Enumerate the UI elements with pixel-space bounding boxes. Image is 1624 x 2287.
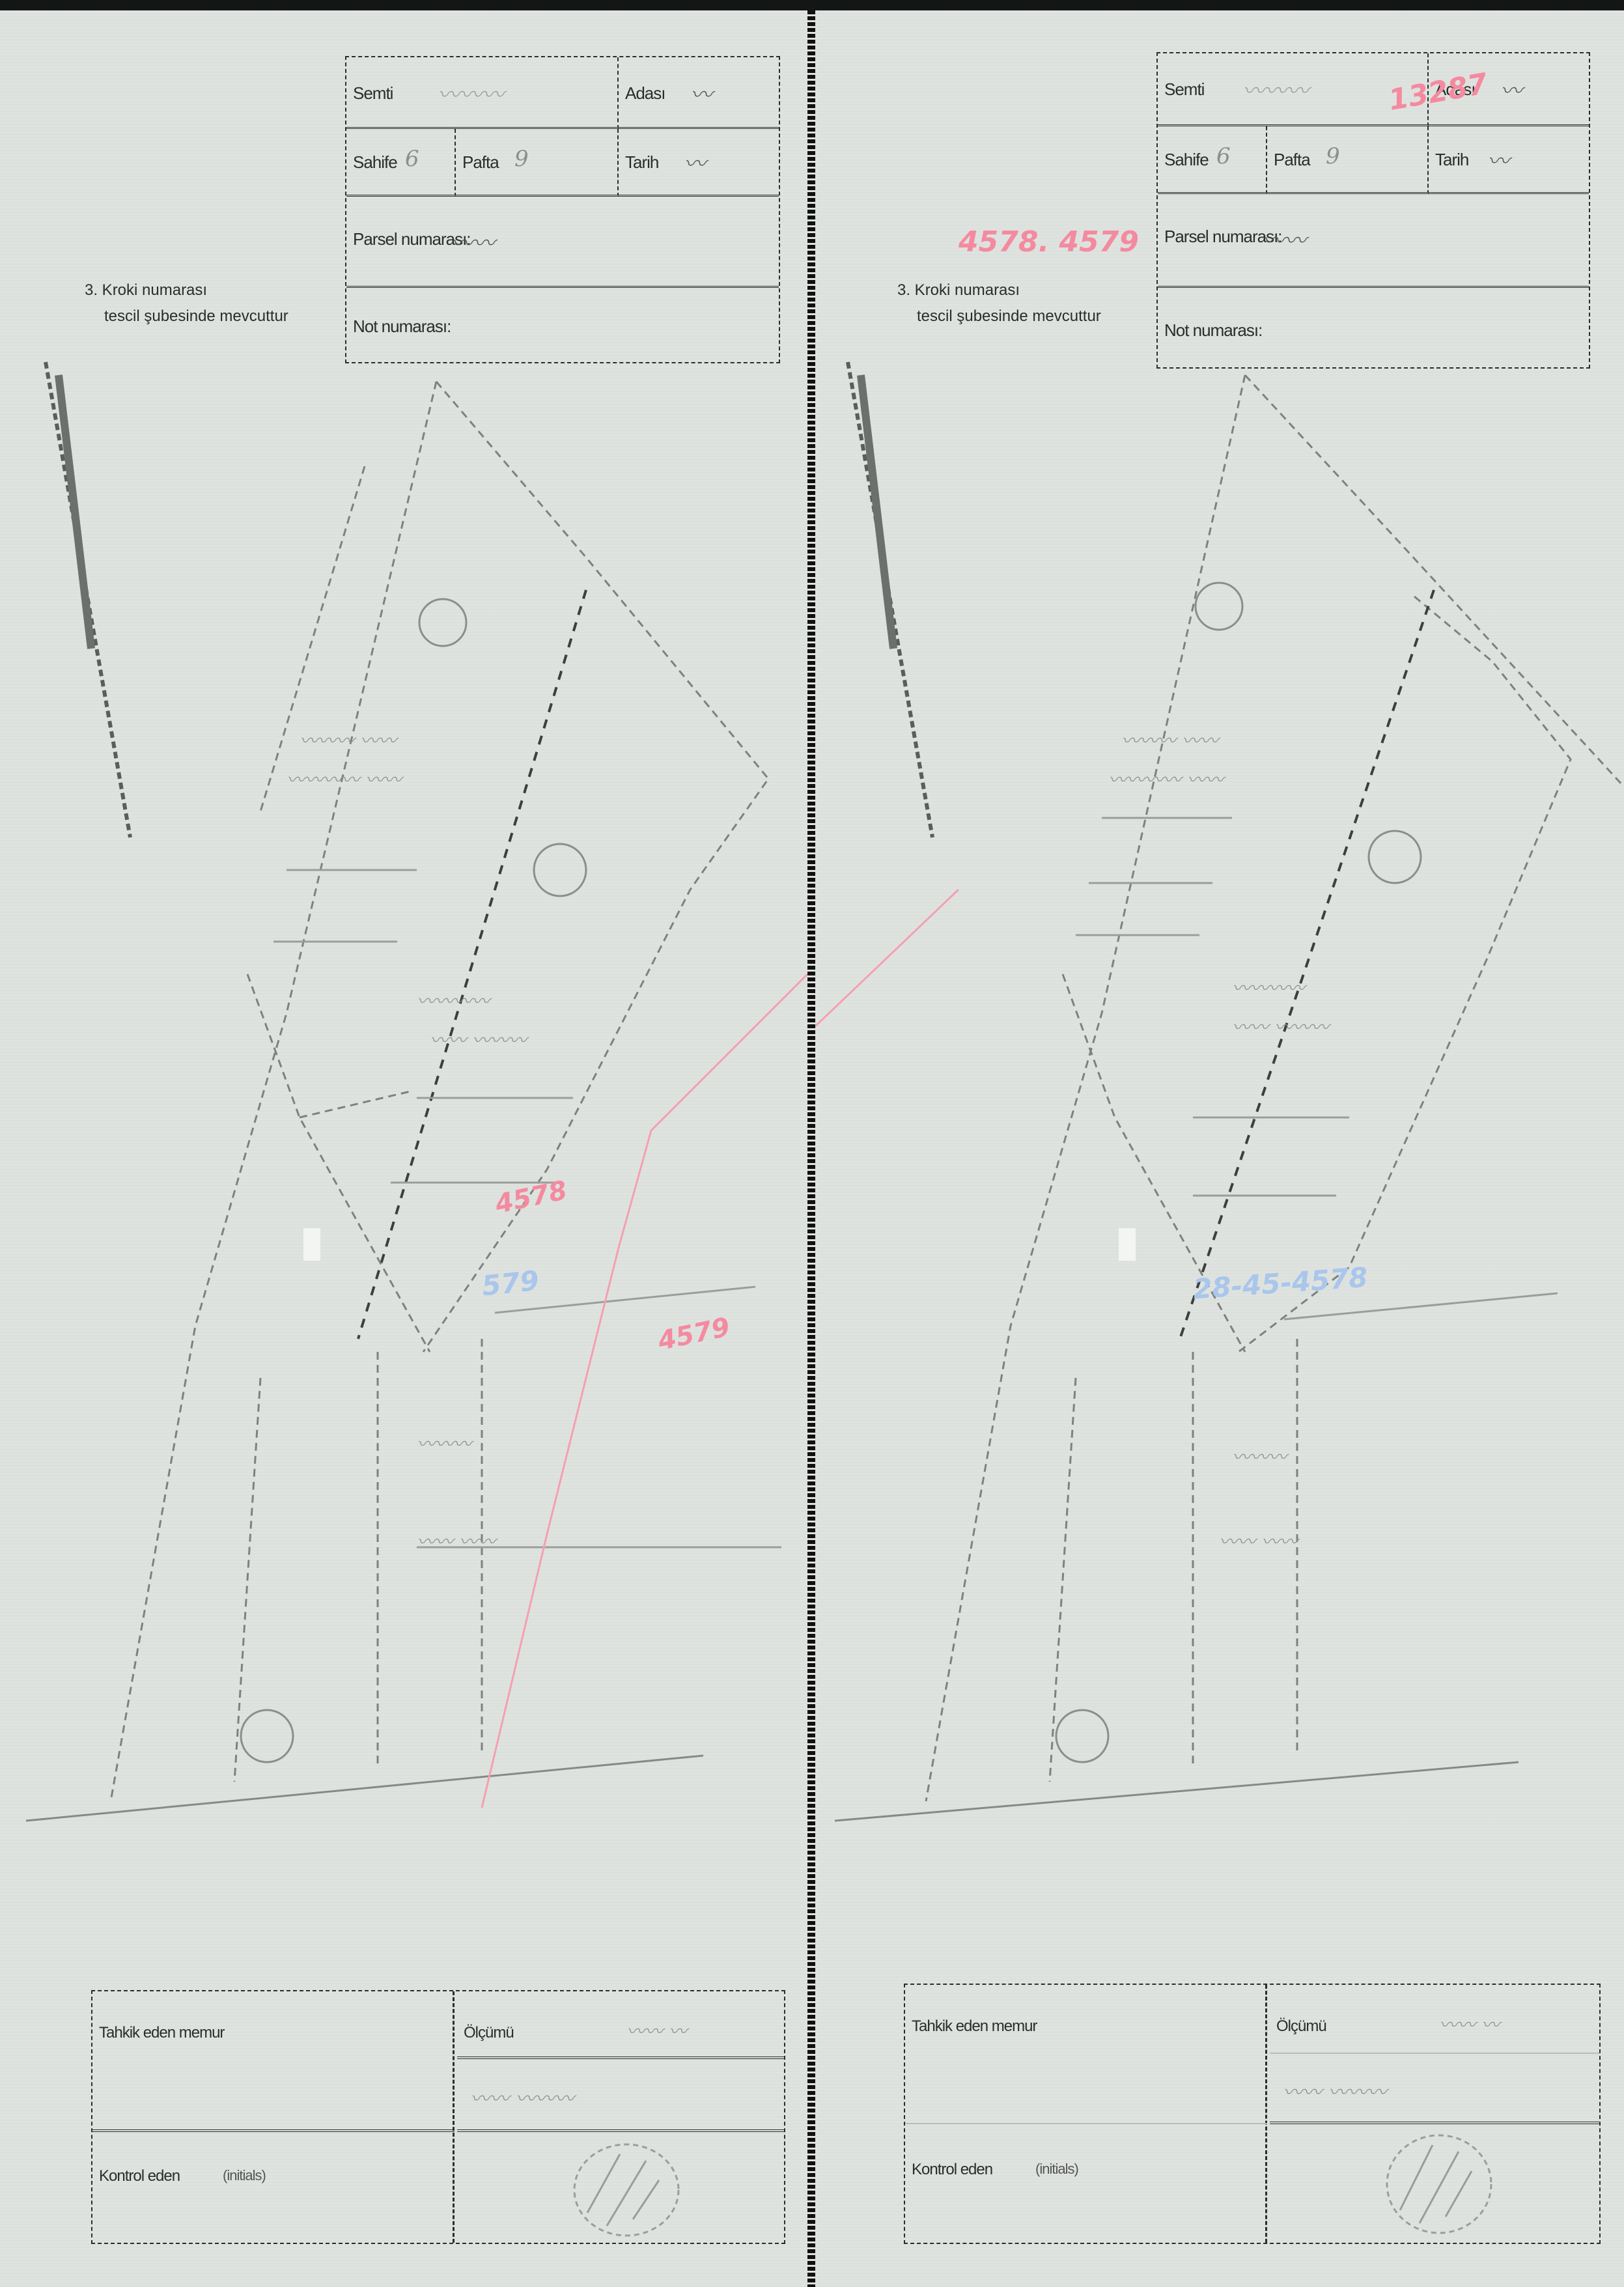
label-olcumu: Ölçümü [464,2024,514,2042]
footer-left-divider [905,2123,1267,2124]
sketch-text-6: 〰〰 〰〰 [1219,1528,1298,1554]
footer-right-divider-2 [457,2129,784,2132]
signature-1: 〰〰 〰〰〰 [1283,2076,1387,2105]
pink-redline [815,890,959,1026]
label-kontrol: Kontrol eden [99,2167,180,2185]
sketch-text-3: 〰〰〰〰 [417,987,490,1013]
footer-form: Tahkik eden memur Kontrol eden (initials… [91,1990,785,2244]
footer-right-divider-1 [457,2056,784,2059]
sketch-text-1: 〰〰〰 〰〰 [1121,727,1218,753]
footer-left-divider [92,2129,455,2132]
value-olcumu: 〰〰 〰 [1439,2011,1500,2037]
sketch-text-6: 〰〰 〰〰 [417,1528,496,1554]
sketch-text-2: 〰〰〰〰 〰〰 [287,766,402,792]
sketch-text-4: 〰〰 〰〰〰 [1232,1013,1329,1039]
sketch-text-5: 〰〰〰 [417,1430,471,1456]
parcel-sketch [815,10,1624,2287]
signature-stamp-icon [561,2135,692,2245]
signature-stamp-icon [1374,2126,1504,2243]
value-kontrol: (initials) [223,2167,266,2184]
signature-1: 〰〰 〰〰〰 [470,2083,574,2111]
label-kontrol: Kontrol eden [912,2161,992,2179]
left-page: Semti 〰〰〰 Adası 〰 Sahife 6 Pafta 9 Tarih… [0,10,809,2287]
underlines [835,818,1558,1821]
sketch-text-2: 〰〰〰〰 〰〰 [1108,766,1224,792]
footer-left: Tahkik eden memur Kontrol eden (initials… [905,1985,1267,2243]
value-kontrol: (initials) [1035,2161,1078,2178]
sketch-text-3: 〰〰〰〰 [1232,974,1305,1000]
footer-right-divider-2 [1270,2122,1599,2124]
parcel-sketch [0,10,809,2287]
footer-right: Ölçümü 〰〰 〰 〰〰 〰〰〰 [1270,1985,1599,2243]
annotation-blue-579: 579 [481,1265,540,1302]
sketch-text-4: 〰〰 〰〰〰 [430,1026,527,1052]
sketch-text-1: 〰〰〰 〰〰 [300,727,397,753]
tree-mark-icon [1119,1228,1136,1261]
scan-top-edge [0,0,1624,10]
north-arrow-icon [848,362,932,837]
footer-right: Ölçümü 〰〰 〰 〰〰 〰〰〰 [457,1991,784,2243]
pink-redline [482,974,807,1808]
footer-right-divider-1 [1270,2053,1599,2054]
parcel-circles [1056,583,1421,1762]
right-page: Semti 〰〰〰 Adası 〰 Sahife 6 Pafta 9 Tarih… [815,10,1624,2287]
parcel-boundaries [926,375,1623,1801]
north-arrow-icon [46,362,130,837]
label-tahkik: Tahkik eden memur [99,2024,224,2042]
tree-mark-icon [303,1228,320,1261]
footer-left: Tahkik eden memur Kontrol eden (initials… [92,1991,455,2243]
sketch-text-5: 〰〰〰 [1232,1443,1287,1469]
value-olcumu: 〰〰 〰 [626,2017,687,2043]
label-olcumu: Ölçümü [1276,2017,1326,2036]
footer-form: Tahkik eden memur Kontrol eden (initials… [904,1984,1601,2244]
parcel-boundaries [111,382,768,1801]
label-tahkik: Tahkik eden memur [912,2017,1037,2036]
